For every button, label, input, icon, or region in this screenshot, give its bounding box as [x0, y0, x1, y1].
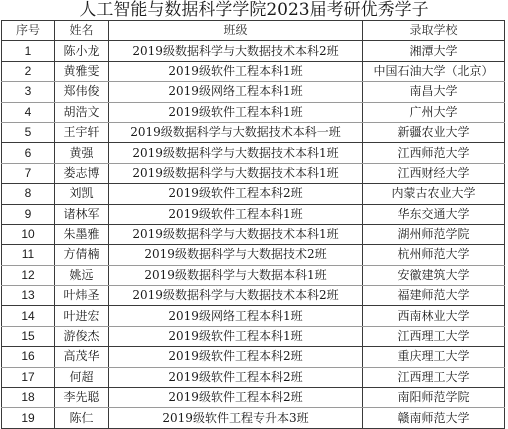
table-row: 10朱墨雅2019级数据科学与大数据技术本科1班湖州师范学院 — [2, 224, 505, 244]
table-row: 16高茂华2019级软件工程本科2班重庆理工大学 — [2, 347, 505, 367]
row-number: 8 — [2, 184, 55, 204]
admitted-school: 新疆农业大学 — [363, 122, 505, 142]
table-row: 18李先聪2019级软件工程本科2班南阳师范学院 — [2, 388, 505, 408]
table-row: 8刘凯2019级软件工程本科2班内蒙古农业大学 — [2, 184, 505, 204]
header-number: 序号 — [2, 21, 55, 41]
student-name: 黄强 — [55, 143, 109, 163]
class-name: 2019级网络工程本科1班 — [109, 306, 363, 326]
class-name: 2019级数据科学与大数据技术本科2班 — [109, 41, 363, 61]
row-number: 17 — [2, 367, 55, 387]
students-table: 序号 姓名 班级 录取学校 1陈小龙2019级数据科学与大数据技术本科2班湘潭大… — [1, 20, 505, 429]
class-name: 2019级数据科学与大数据技术2班 — [109, 245, 363, 265]
table-row: 6黄强2019级数据科学与大数据技术本科1班江西师范大学 — [2, 143, 505, 163]
table-row: 3郑伟俊2019级网络工程本科1班南昌大学 — [2, 82, 505, 102]
admitted-school: 南阳师范学院 — [363, 388, 505, 408]
admitted-school: 广州大学 — [363, 102, 505, 122]
class-name: 2019级软件工程本科2班 — [109, 184, 363, 204]
table-row: 1陈小龙2019级数据科学与大数据技术本科2班湘潭大学 — [2, 41, 505, 61]
row-number: 19 — [2, 408, 55, 428]
student-name: 黄雅雯 — [55, 61, 109, 81]
row-number: 14 — [2, 306, 55, 326]
class-name: 2019级软件工程本科1班 — [109, 326, 363, 346]
admitted-school: 西南林业大学 — [363, 306, 505, 326]
row-number: 12 — [2, 265, 55, 285]
student-name: 叶炜圣 — [55, 286, 109, 306]
admitted-school: 湖州师范学院 — [363, 224, 505, 244]
table-row: 17何超2019级软件工程本科2班江西理工大学 — [2, 367, 505, 387]
admitted-school: 内蒙古农业大学 — [363, 184, 505, 204]
table-row: 13叶炜圣2019级数据科学与大数据技术本科2班福建师范大学 — [2, 286, 505, 306]
class-name: 2019级数据科学与大数据技术本科1班 — [109, 163, 363, 183]
student-name: 姚远 — [55, 265, 109, 285]
table-header-row: 序号 姓名 班级 录取学校 — [2, 21, 505, 41]
row-number: 18 — [2, 388, 55, 408]
row-number: 15 — [2, 326, 55, 346]
admitted-school: 华东交通大学 — [363, 204, 505, 224]
table-row: 7娄志博2019级数据科学与大数据技术本科1班江西财经大学 — [2, 163, 505, 183]
row-number: 13 — [2, 286, 55, 306]
header-school: 录取学校 — [363, 21, 505, 41]
document-title: 人工智能与数据科学学院2023届考研优秀学子 — [0, 0, 508, 20]
student-name: 朱墨雅 — [55, 224, 109, 244]
admitted-school: 中国石油大学（北京） — [363, 61, 505, 81]
admitted-school: 福建师范大学 — [363, 286, 505, 306]
row-number: 4 — [2, 102, 55, 122]
row-number: 6 — [2, 143, 55, 163]
class-name: 2019级软件工程本科1班 — [109, 102, 363, 122]
row-number: 7 — [2, 163, 55, 183]
student-name: 李先聪 — [55, 388, 109, 408]
student-name: 游俊杰 — [55, 326, 109, 346]
class-name: 2019级软件工程本科1班 — [109, 204, 363, 224]
row-number: 16 — [2, 347, 55, 367]
student-name: 诸林军 — [55, 204, 109, 224]
admitted-school: 湘潭大学 — [363, 41, 505, 61]
row-number: 3 — [2, 82, 55, 102]
class-name: 2019级软件工程本科2班 — [109, 347, 363, 367]
class-name: 2019级数据科学与大数据技术本科一班 — [109, 122, 363, 142]
table-row: 9诸林军2019级软件工程本科1班华东交通大学 — [2, 204, 505, 224]
class-name: 2019级软件工程本科2班 — [109, 388, 363, 408]
class-name: 2019级数据科学与大数据技术本科1班 — [109, 143, 363, 163]
admitted-school: 赣南师范大学 — [363, 408, 505, 428]
admitted-school: 江西理工大学 — [363, 326, 505, 346]
student-name: 刘凯 — [55, 184, 109, 204]
class-name: 2019级数据科学与大数据技术本科1班 — [109, 224, 363, 244]
table-row: 19陈仁2019级软件工程专升本3班赣南师范大学 — [2, 408, 505, 428]
student-name: 高茂华 — [55, 347, 109, 367]
student-name: 郑伟俊 — [55, 82, 109, 102]
admitted-school: 杭州师范大学 — [363, 245, 505, 265]
header-class: 班级 — [109, 21, 363, 41]
student-name: 胡浩文 — [55, 102, 109, 122]
class-name: 2019级软件工程本科1班 — [109, 61, 363, 81]
class-name: 2019级数据科学与大数据技术本科2班 — [109, 286, 363, 306]
row-number: 2 — [2, 61, 55, 81]
table-row: 15游俊杰2019级软件工程本科1班江西理工大学 — [2, 326, 505, 346]
admitted-school: 重庆理工大学 — [363, 347, 505, 367]
table-row: 5王宇轩2019级数据科学与大数据技术本科一班新疆农业大学 — [2, 122, 505, 142]
class-name: 2019级数据科学与大数据本科1班 — [109, 265, 363, 285]
header-name: 姓名 — [55, 21, 109, 41]
class-name: 2019级网络工程本科1班 — [109, 82, 363, 102]
row-number: 1 — [2, 41, 55, 61]
class-name: 2019级软件工程本科2班 — [109, 367, 363, 387]
table-row: 14叶进宏2019级网络工程本科1班西南林业大学 — [2, 306, 505, 326]
table-row: 2黄雅雯2019级软件工程本科1班中国石油大学（北京） — [2, 61, 505, 81]
class-name: 2019级软件工程专升本3班 — [109, 408, 363, 428]
student-name: 陈仁 — [55, 408, 109, 428]
student-name: 何超 — [55, 367, 109, 387]
row-number: 9 — [2, 204, 55, 224]
table-row: 4胡浩文2019级软件工程本科1班广州大学 — [2, 102, 505, 122]
table-row: 12姚远2019级数据科学与大数据本科1班安徽建筑大学 — [2, 265, 505, 285]
admitted-school: 江西财经大学 — [363, 163, 505, 183]
row-number: 5 — [2, 122, 55, 142]
student-name: 陈小龙 — [55, 41, 109, 61]
student-name: 叶进宏 — [55, 306, 109, 326]
student-name: 娄志博 — [55, 163, 109, 183]
table-body: 1陈小龙2019级数据科学与大数据技术本科2班湘潭大学2黄雅雯2019级软件工程… — [2, 41, 505, 428]
admitted-school: 江西师范大学 — [363, 143, 505, 163]
admitted-school: 南昌大学 — [363, 82, 505, 102]
row-number: 10 — [2, 224, 55, 244]
student-name: 方倩楠 — [55, 245, 109, 265]
admitted-school: 安徽建筑大学 — [363, 265, 505, 285]
student-name: 王宇轩 — [55, 122, 109, 142]
admitted-school: 江西理工大学 — [363, 367, 505, 387]
table-row: 11方倩楠2019级数据科学与大数据技术2班杭州师范大学 — [2, 245, 505, 265]
row-number: 11 — [2, 245, 55, 265]
